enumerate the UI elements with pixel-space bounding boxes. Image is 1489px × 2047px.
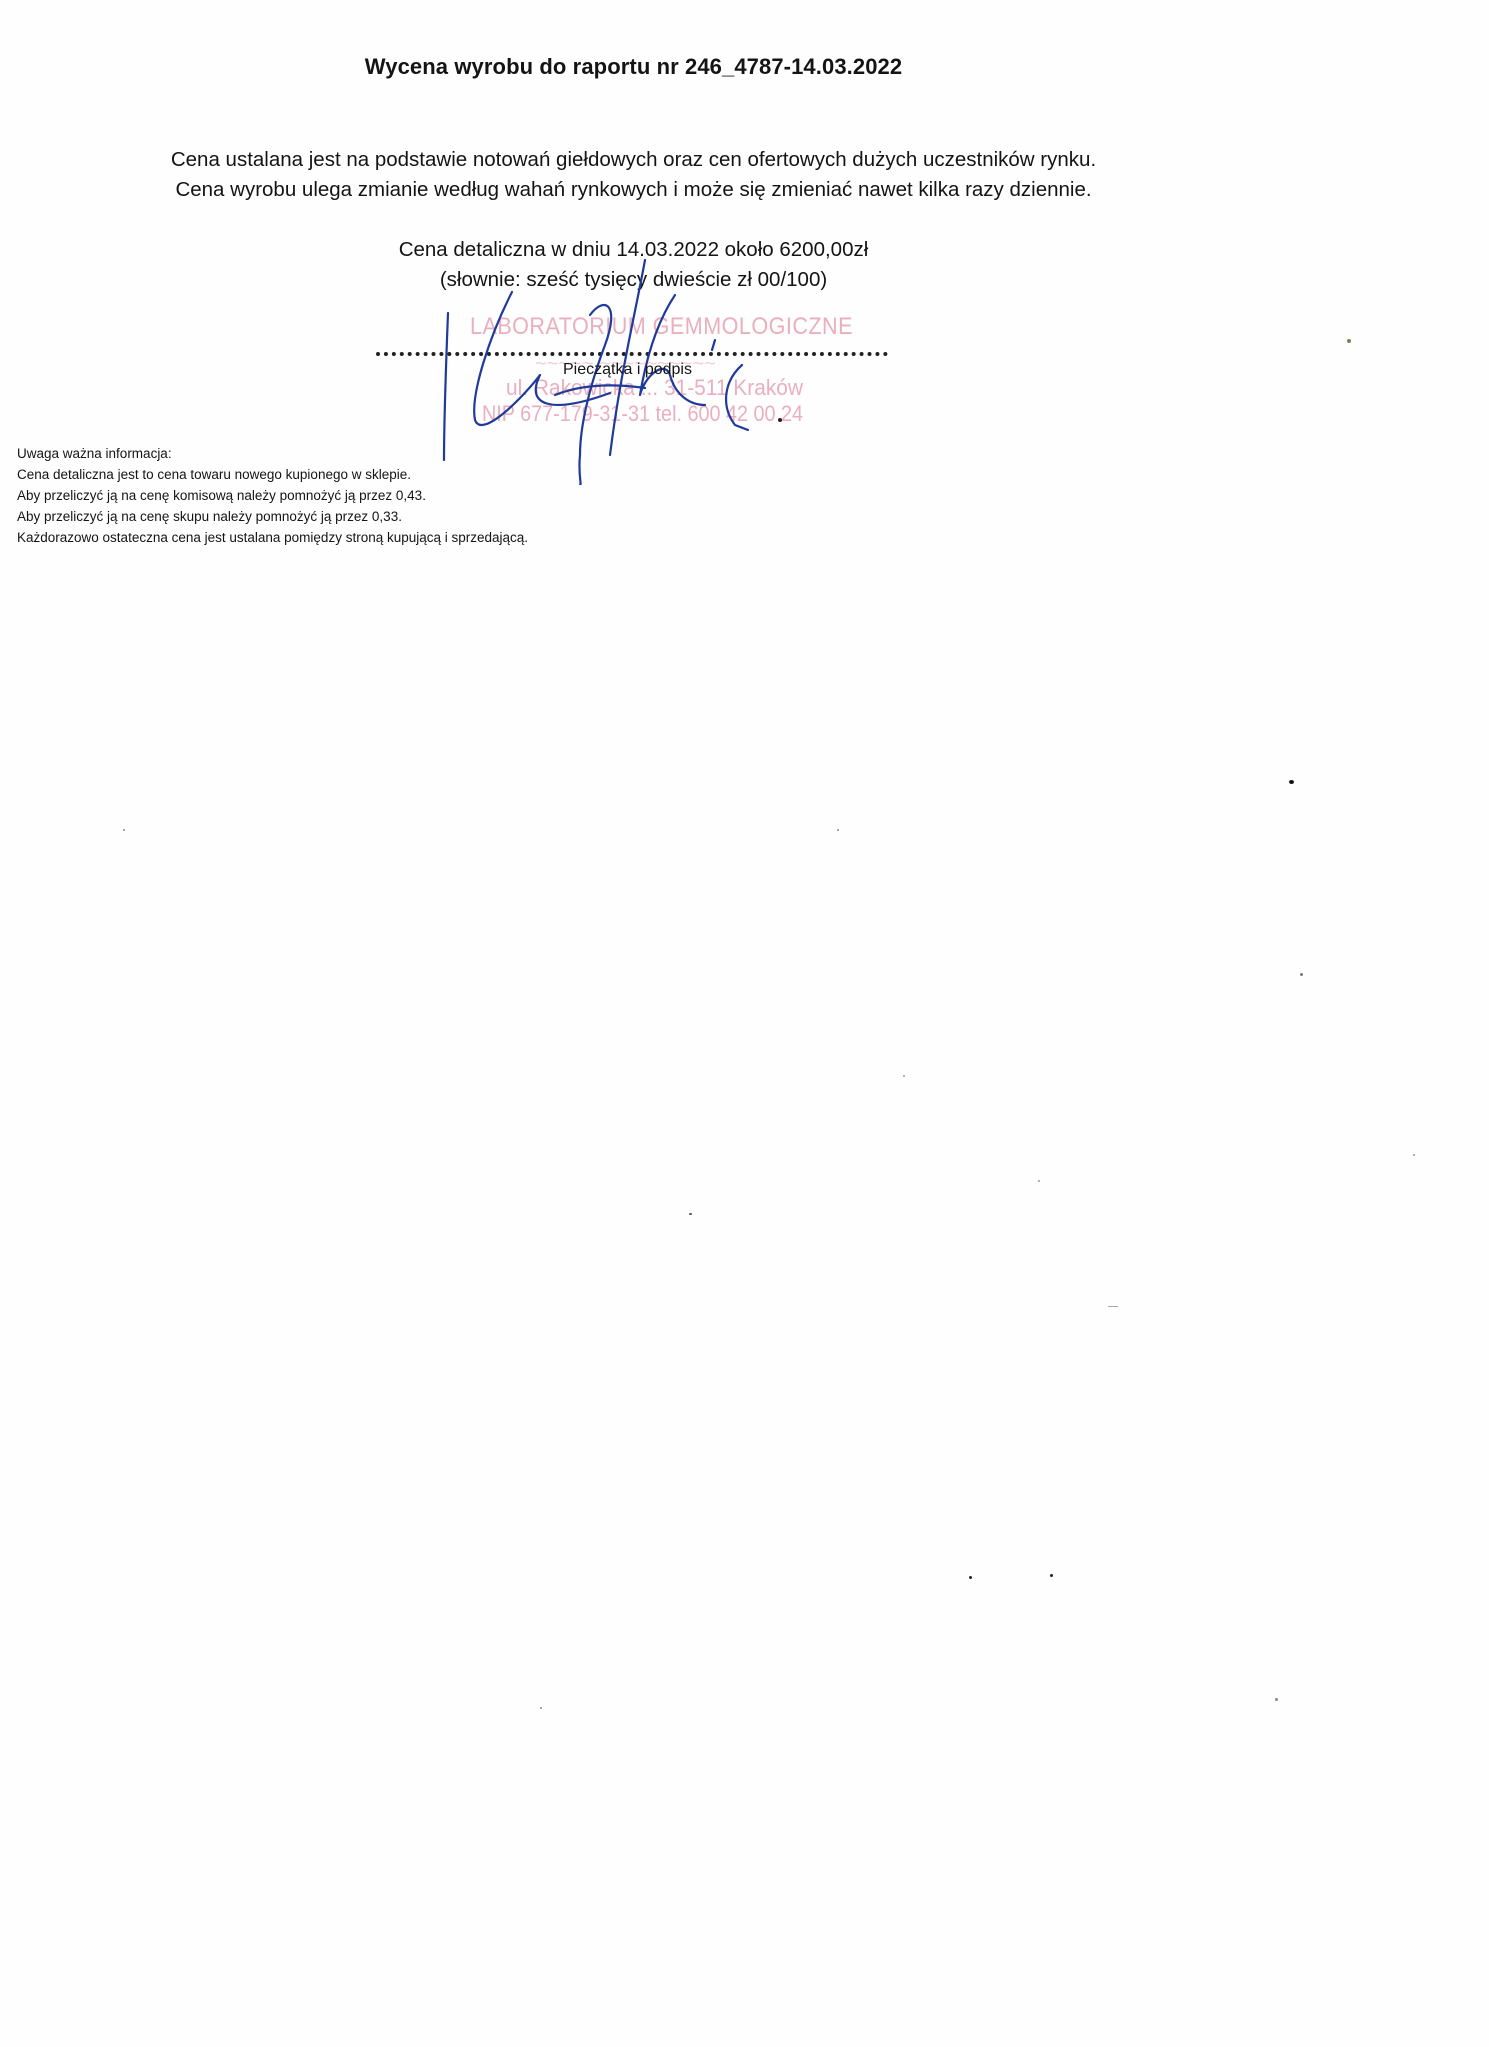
scan-speck	[1289, 780, 1294, 784]
notice-line: Aby przeliczyć ją na cenę skupu należy p…	[17, 506, 528, 527]
scan-speck	[837, 829, 839, 831]
notice-line: Cena detaliczna jest to cena towaru nowe…	[17, 464, 528, 485]
signature-label: Pieczątka i podpis	[563, 361, 692, 379]
intro-line: Cena wyrobu ulega zmianie według wahań r…	[0, 175, 1267, 205]
notice-line: Każdorazowo ostateczna cena jest ustalan…	[17, 527, 528, 548]
retail-price-line: Cena detaliczna w dniu 14.03.2022 około …	[0, 235, 1267, 265]
notice-heading: Uwaga ważna informacja:	[17, 443, 528, 464]
scanned-document-page: Wycena wyrobu do raportu nr 246_4787-14.…	[0, 0, 1489, 2047]
scan-speck	[1108, 1306, 1118, 1307]
scan-speck	[1413, 1154, 1415, 1156]
scan-speck	[689, 1213, 692, 1215]
stamp-line: LABORATORIUM GEMMOLOGICZNE	[470, 313, 853, 341]
scan-speck	[903, 1075, 905, 1077]
scan-speck	[1038, 1180, 1040, 1182]
scan-speck	[540, 1707, 542, 1709]
important-notice: Uwaga ważna informacja: Cena detaliczna …	[17, 443, 528, 548]
retail-price-in-words: (słownie: sześć tysięcy dwieście zł 00/1…	[0, 265, 1267, 295]
scan-speck	[1275, 1698, 1278, 1701]
scan-speck	[1347, 339, 1351, 343]
intro-line: Cena ustalana jest na podstawie notowań …	[0, 145, 1267, 175]
scan-speck	[123, 829, 125, 831]
intro-paragraph: Cena ustalana jest na podstawie notowań …	[0, 145, 1267, 205]
document-title: Wycena wyrobu do raportu nr 246_4787-14.…	[0, 54, 1267, 80]
scan-speck	[1300, 973, 1303, 976]
notice-line: Aby przeliczyć ją na cenę komisową należ…	[17, 485, 528, 506]
scan-speck	[1050, 1574, 1053, 1577]
retail-price-block: Cena detaliczna w dniu 14.03.2022 około …	[0, 235, 1267, 295]
stamp-line: NIP 677-179-31-31 tel. 600 42 00 24	[482, 401, 803, 427]
scan-speck	[969, 1576, 972, 1579]
